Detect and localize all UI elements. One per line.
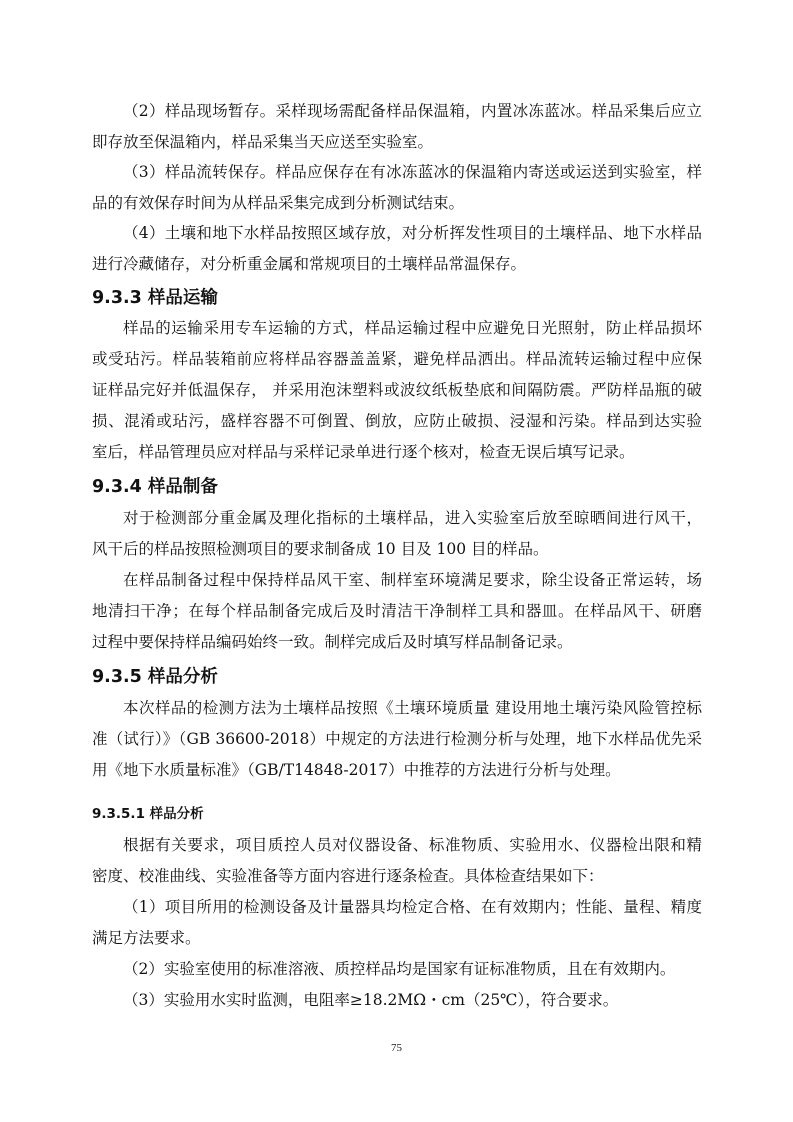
- text-line: （3）实验用水实时监测，电阻率≥18.2MΩ・cm（25℃），符合要求。: [92, 990, 702, 1010]
- section-heading: 9.3.5 样品分析: [92, 666, 218, 688]
- text-line: 品的有效保存时间为从样品采集完成到分析测试结束。: [92, 193, 702, 213]
- text-line: （2）样品现场暂存。采样现场需配备样品保温箱，内置冰冻蓝冰。样品采集后应立: [92, 101, 702, 121]
- text-line: 在样品制备过程中保持样品风干室、制样室环境满足要求，除尘设备正常运转，场: [92, 570, 702, 590]
- text-line: 证样品完好并低温保存， 并采用泡沫塑料或波纹纸板垫底和间隔防震。严防样品瓶的破: [92, 380, 702, 400]
- text-line: 密度、校准曲线、实验准备等方面内容进行逐条检查。具体检查结果如下：: [92, 866, 702, 886]
- section-heading: 9.3.3 样品运输: [92, 287, 218, 309]
- text-line: 地清扫干净；在每个样品制备完成后及时清洁干净制样工具和器皿。在样品风干、研磨: [92, 601, 702, 621]
- text-line: 或受玷污。样品装箱前应将样品容器盖盖紧，避免样品洒出。样品流转运输过程中应保: [92, 349, 702, 369]
- text-line: 满足方法要求。: [92, 928, 702, 948]
- text-line: 本次样品的检测方法为土壤样品按照《土壤环境质量 建设用地土壤污染风险管控标: [92, 698, 702, 718]
- text-line: 进行冷藏储存，对分析重金属和常规项目的土壤样品常温保存。: [92, 254, 702, 274]
- text-line: 准（试行）》（GB 36600-2018）中规定的方法进行检测分析与处理，地下水…: [92, 729, 702, 749]
- text-line: （2）实验室使用的标准溶液、质控样品均是国家有证标准物质，且在有效期内。: [92, 959, 702, 979]
- text-line: 对于检测部分重金属及理化指标的土壤样品，进入实验室后放至晾晒间进行风干，: [92, 508, 702, 528]
- text-line: （1）项目所用的检测设备及计量器具均检定合格、在有效期内；性能、量程、精度: [92, 897, 702, 917]
- section-heading: 9.3.4 样品制备: [92, 476, 218, 498]
- text-line: 风干后的样品按照检测项目的要求制备成 10 目及 100 目的样品。: [92, 539, 702, 559]
- text-line: 过程中要保持样品编码始终一致。制样完成后及时填写样品制备记录。: [92, 632, 702, 652]
- text-line: 用《地下水质量标准》（GB/T14848-2017）中推荐的方法进行分析与处理。: [92, 760, 702, 780]
- text-line: 根据有关要求，项目质控人员对仪器设备、标准物质、实验用水、仪器检出限和精: [92, 835, 702, 855]
- subsection-heading: 9.3.5.1 样品分析: [92, 804, 204, 824]
- text-line: （3）样品流转保存。样品应保存在有冰冻蓝冰的保温箱内寄送或运送到实验室，样: [92, 162, 702, 182]
- text-line: 损、混淆或玷污，盛样容器不可倒置、倒放，应防止破损、浸湿和污染。样品到达实验: [92, 411, 702, 431]
- page-number: 75: [0, 1042, 793, 1054]
- text-line: 室后，样品管理员应对样品与采样记录单进行逐个核对，检查无误后填写记录。: [92, 442, 702, 462]
- text-line: 样品的运输采用专车运输的方式，样品运输过程中应避免日光照射，防止样品损坏: [92, 318, 702, 338]
- text-line: （4）土壤和地下水样品按照区域存放，对分析挥发性项目的土壤样品、地下水样品: [92, 223, 702, 243]
- text-line: 即存放至保温箱内，样品采集当天应送至实验室。: [92, 132, 702, 152]
